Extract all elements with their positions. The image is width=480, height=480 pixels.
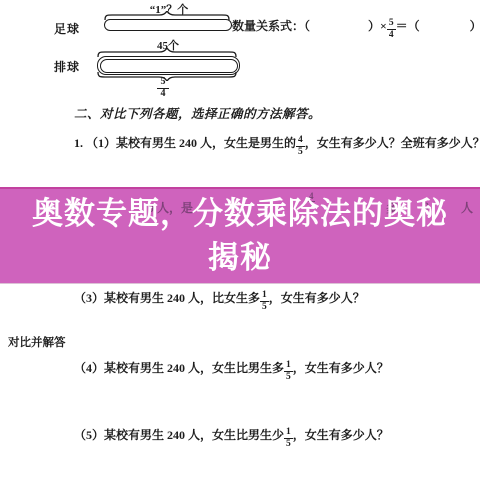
- problem-text-post: ，女生有多少人？: [293, 428, 389, 442]
- problem-3: （3）某校有男生 240 人，比女生多15，女生有多少人？: [74, 289, 365, 313]
- side-label-compare-solve: 对比并解答: [8, 334, 66, 350]
- fraction-denominator: 5: [296, 147, 305, 158]
- fraction-numerator: 5: [387, 18, 396, 30]
- promo-banner: 0 人，是 4 多 9 人 奥数专题，分数乘除法的奥秘 揭秘: [0, 187, 480, 284]
- relation-close-times: ）×: [368, 19, 387, 33]
- fraction-numerator: 1: [260, 290, 269, 302]
- problem-fraction: 45: [296, 135, 305, 158]
- problem-fraction: 15: [260, 290, 269, 313]
- fraction-denominator: 5: [284, 372, 293, 383]
- section-heading: 二、对比下列各题，选择正确的方法解答。: [74, 104, 321, 122]
- relation-equals-open: ＝（: [396, 19, 420, 33]
- problem-1-1: 1. （1）某校有男生 240 人，女生是男生的45，女生有多少人？全班有多少人…: [74, 134, 480, 158]
- relation-close: ）: [470, 19, 480, 33]
- fraction-numerator: 1: [284, 360, 293, 372]
- bar2-inner-outline: [100, 59, 238, 73]
- fraction-denominator: 5: [260, 302, 269, 313]
- fraction-numerator: 4: [296, 135, 305, 147]
- fraction-numerator: 5: [157, 77, 169, 89]
- problem-text-pre: （4）某校有男生 240 人，女生比男生多: [74, 361, 284, 375]
- problem-text-post: ，女生有多少人？: [269, 291, 365, 305]
- bar2-row-label: 排球: [54, 58, 80, 75]
- banner-title-line1: 奥数专题，分数乘除法的奥秘: [0, 192, 480, 236]
- problem-text-post: ，女生有多少人？全班有多少人？: [305, 136, 480, 150]
- fraction-denominator: 5: [284, 439, 293, 450]
- bar2-bottom-fraction: 5 4: [152, 77, 174, 99]
- relation-open: 数量关系式：（: [232, 19, 310, 33]
- fraction-numerator: 1: [284, 427, 293, 439]
- problem-4: （4）某校有男生 240 人，女生比男生多15，女生有多少人？: [74, 359, 389, 383]
- relation-fraction: 54: [387, 18, 396, 41]
- problem-text-post: ，女生有多少人？: [293, 361, 389, 375]
- worksheet-page: “1”？个 足球 45个 排球 5 4 数量关系式：（）×54＝（） 二、对比下…: [0, 0, 480, 480]
- fraction-denominator: 4: [152, 89, 174, 100]
- banner-title: 奥数专题，分数乘除法的奥秘 揭秘: [0, 192, 480, 280]
- problem-text-pre: 1. （1）某校有男生 240 人，女生是男生的: [74, 136, 296, 150]
- banner-title-line2: 揭秘: [0, 236, 480, 280]
- bar1-row-label: 足球: [54, 20, 80, 37]
- problem-fraction: 15: [284, 360, 293, 383]
- problem-fraction: 15: [284, 427, 293, 450]
- fraction-denominator: 4: [387, 30, 396, 41]
- problem-text-pre: （5）某校有男生 240 人，女生比男生少: [74, 428, 284, 442]
- quantity-relation-line: 数量关系式：（）×54＝（）: [232, 17, 480, 41]
- problem-text-pre: （3）某校有男生 240 人，比女生多: [74, 291, 260, 305]
- problem-5: （5）某校有男生 240 人，女生比男生少15，女生有多少人？: [74, 426, 389, 450]
- bar1-soccer-bar: [104, 19, 232, 31]
